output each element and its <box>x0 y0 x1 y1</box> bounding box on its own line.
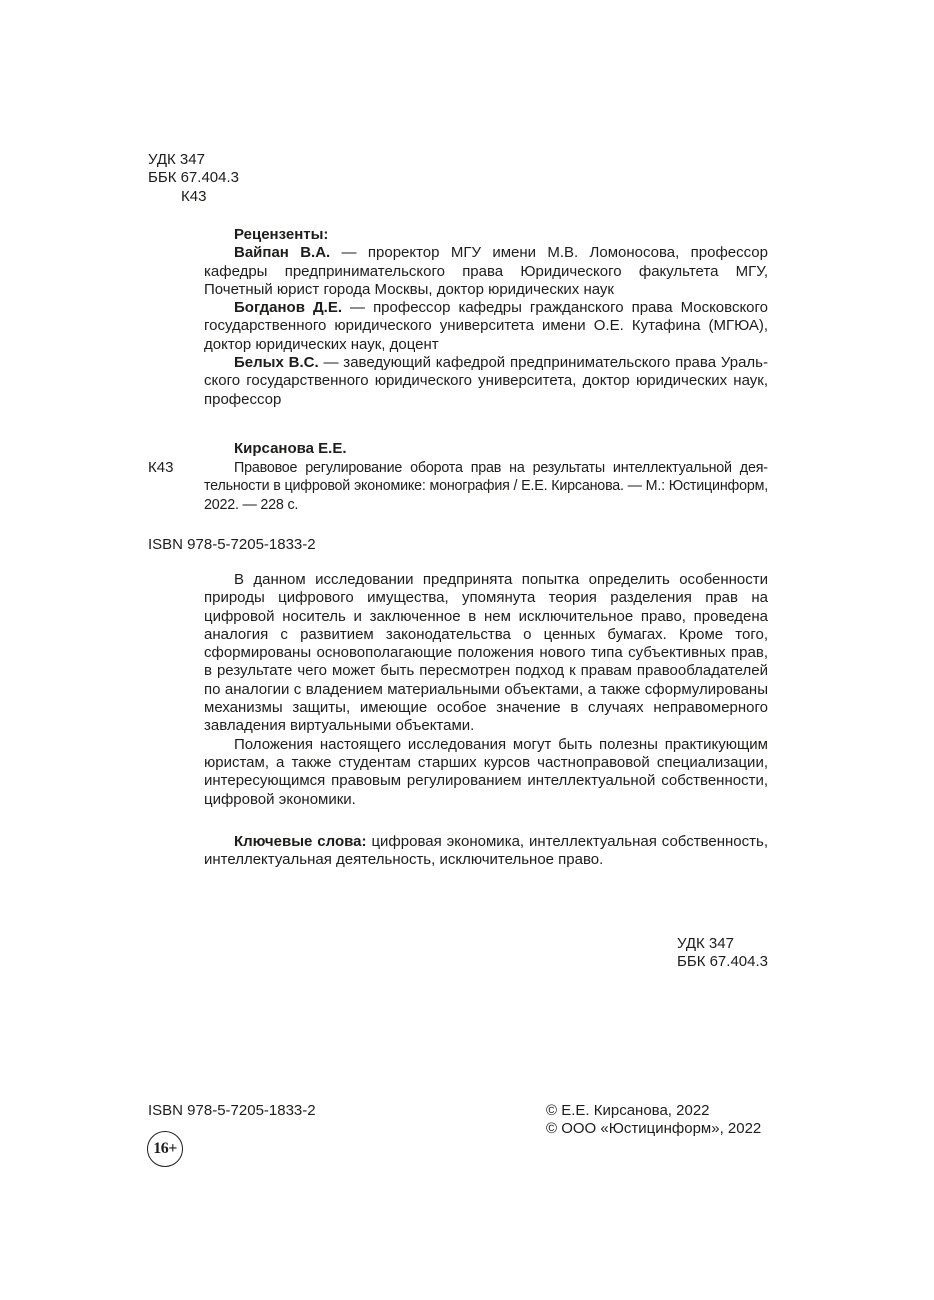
reviewers-section: Рецензенты: Вайпан В.А. — проректор МГУ … <box>204 226 768 409</box>
keywords: Ключевые слова: цифровая экономика, инте… <box>204 833 768 870</box>
abstract-paragraph: В данном исследовании предпринята попытк… <box>204 571 768 736</box>
classification-codes-top: УДК 347 ББК 67.404.3 К43 <box>148 151 239 206</box>
catalog-description: Правовое регулирование оборота прав на р… <box>204 459 768 514</box>
keywords-label: Ключевые слова: <box>234 833 367 850</box>
abstract-paragraph: Положения настоящего исследования могут … <box>204 736 768 809</box>
copyright-publisher: © ООО «Юстицинформ», 2022 <box>546 1120 761 1138</box>
reviewer-entry: Белых В.С. — заведующий кафедрой предпри… <box>204 354 768 409</box>
reviewer-name: Богданов Д.Е. <box>234 299 342 316</box>
author-mark: К43 <box>148 188 239 206</box>
reviewers-heading: Рецензенты: <box>204 226 768 244</box>
classification-codes-bottom: УДК 347 ББК 67.404.3 <box>677 935 768 972</box>
isbn-top: ISBN 978-5-7205-1833-2 <box>148 536 316 554</box>
abstract: В данном исследовании предпринята попытк… <box>204 571 768 809</box>
bbk-code: ББК 67.404.3 <box>677 953 768 971</box>
catalog-code: К43 <box>148 459 173 477</box>
udk-code: УДК 347 <box>677 935 768 953</box>
isbn-bottom: ISBN 978-5-7205-1833-2 <box>148 1102 316 1120</box>
reviewer-entry: Богданов Д.Е. — профессор кафедры гражда… <box>204 299 768 354</box>
copyright-block: © Е.Е. Кирсанова, 2022 © ООО «Юстицинфор… <box>546 1102 761 1139</box>
age-rating-badge: 16+ <box>147 1131 183 1167</box>
bbk-code: ББК 67.404.3 <box>148 169 239 187</box>
udk-code: УДК 347 <box>148 151 239 169</box>
reviewer-name: Белых В.С. <box>234 354 319 371</box>
reviewer-entry: Вайпан В.А. — проректор МГУ имени М.В. Л… <box>204 244 768 299</box>
catalog-author: Кирсанова Е.Е. <box>234 440 347 458</box>
reviewer-name: Вайпан В.А. <box>234 244 330 261</box>
copyright-author: © Е.Е. Кирсанова, 2022 <box>546 1102 761 1120</box>
